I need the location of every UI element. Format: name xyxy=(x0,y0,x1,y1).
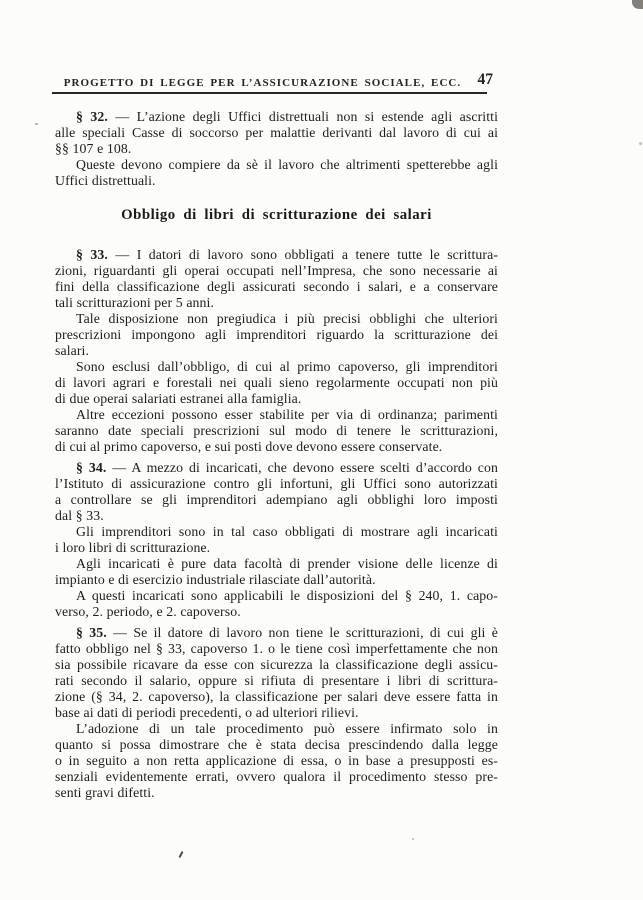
paragraph: Agli incaricati è pure data facoltà di p… xyxy=(55,556,498,588)
paragraph: Gli imprenditori sono in tal caso obblig… xyxy=(55,524,498,556)
section-number: § 32. xyxy=(76,109,108,124)
text-line: senti gravi difetti. xyxy=(55,785,498,801)
paragraph: Queste devono compiere da sè il lavoro c… xyxy=(55,157,498,189)
paragraph: § 33. — I datori di lavoro sono obbligat… xyxy=(55,247,498,311)
section-34: § 34. — A mezzo di incaricati, che devon… xyxy=(55,460,498,620)
text-line: sia possibile ricavare da esse con sicur… xyxy=(55,657,498,673)
paragraph: § 34. — A mezzo di incaricati, che devon… xyxy=(55,460,498,524)
paragraph: Tale disposizione non pregiudica i più p… xyxy=(55,311,498,359)
text-line: quanto si possa dimostrare che è stata d… xyxy=(55,737,498,753)
text-line: verso, 2. periodo, e 2. capoverso. xyxy=(55,604,498,620)
text-line: Gli imprenditori sono in tal caso obblig… xyxy=(55,524,498,540)
text-line: impianto e di esercizio industriale rila… xyxy=(55,572,498,588)
section-32: § 32. — L’azione degli Uffici distrettua… xyxy=(55,109,498,189)
text-line: § 33. — I datori di lavoro sono obbligat… xyxy=(55,247,498,263)
text-line: Tale disposizione non pregiudica i più p… xyxy=(55,311,498,327)
text-line: zione (§ 34, 2. capoverso), la classific… xyxy=(55,689,498,705)
text-line: fatto obbligo nel § 33, capoverso 1. o l… xyxy=(55,641,498,657)
text-line: fini della classificazione degli assicur… xyxy=(55,279,498,295)
text-line: o in seguito a non retta applicazione di… xyxy=(55,753,498,769)
text-line: senziali evidentemente errati, ovvero qu… xyxy=(55,769,498,785)
scan-speck-slash xyxy=(178,851,183,858)
text-line: l’Istituto di assicurazione contro gli i… xyxy=(55,476,498,492)
text-line: di cui al primo capoverso, e sui posti d… xyxy=(55,439,498,455)
text-line: Agli incaricati è pure data facoltà di p… xyxy=(55,556,498,572)
text-line: prescrizioni impongono agli imprenditori… xyxy=(55,327,498,343)
text-line: Sono esclusi dall’obbligo, di cui al pri… xyxy=(55,359,498,375)
scan-speck xyxy=(412,838,414,840)
section-number: § 35. xyxy=(76,625,107,640)
document-body: § 32. — L’azione degli Uffici distrettua… xyxy=(55,0,498,801)
running-header: PROGETTO DI LEGGE PER L’ASSICURAZIONE SO… xyxy=(55,74,498,96)
text-line: rati secondo il salario, oppure si rifiu… xyxy=(55,673,498,689)
page-number: 47 xyxy=(478,71,494,89)
text-line: L’adozione di un tale procedimento può e… xyxy=(55,721,498,737)
text-line: dal § 33. xyxy=(55,508,498,524)
scan-speck xyxy=(35,123,38,125)
section-number: § 34. xyxy=(76,460,106,475)
text-line: tali scritturazioni per 5 anni. xyxy=(55,295,498,311)
paragraph: Altre eccezioni possono esser stabilite … xyxy=(55,407,498,455)
text-line: salari. xyxy=(55,343,498,359)
section-heading: Obbligo di libri di scritturazione dei s… xyxy=(55,206,498,224)
text-line: i loro libri di scritturazione. xyxy=(55,540,498,556)
text-line: § 35. — Se il datore di lavoro non tiene… xyxy=(55,625,498,641)
paragraph: A questi incaricati sono applicabili le … xyxy=(55,588,498,620)
scan-smudge-corner xyxy=(632,0,643,9)
text-line: alle speciali Casse di soccorso per mala… xyxy=(55,125,498,141)
text-line: Queste devono compiere da sè il lavoro c… xyxy=(55,157,498,173)
page-header-title: PROGETTO DI LEGGE PER L’ASSICURAZIONE SO… xyxy=(55,77,470,89)
section-35: § 35. — Se il datore di lavoro non tiene… xyxy=(55,625,498,801)
text-line: Uffici distrettuali. xyxy=(55,173,498,189)
text-line: di due operai salariati estranei alla fa… xyxy=(55,391,498,407)
paragraph: Sono esclusi dall’obbligo, di cui al pri… xyxy=(55,359,498,407)
text-line: § 32. — L’azione degli Uffici distrettua… xyxy=(55,109,498,125)
scan-speck xyxy=(639,142,642,145)
text-line: a controllare se gli imprenditori adempi… xyxy=(55,492,498,508)
text-line: § 34. — A mezzo di incaricati, che devon… xyxy=(55,460,498,476)
paragraph: § 35. — Se il datore di lavoro non tiene… xyxy=(55,625,498,721)
document-page: PROGETTO DI LEGGE PER L’ASSICURAZIONE SO… xyxy=(0,0,643,900)
paragraph: L’adozione di un tale procedimento può e… xyxy=(55,721,498,801)
text-column: PROGETTO DI LEGGE PER L’ASSICURAZIONE SO… xyxy=(55,0,498,801)
text-line: zioni, riguardanti gli operai occupati n… xyxy=(55,263,498,279)
header-rule xyxy=(52,92,487,94)
section-number: § 33. xyxy=(76,247,108,262)
section-33: § 33. — I datori di lavoro sono obbligat… xyxy=(55,247,498,455)
text-line: di lavori agrari e forestali nei quali s… xyxy=(55,375,498,391)
paragraph: § 32. — L’azione degli Uffici distrettua… xyxy=(55,109,498,157)
text-line: base ai dati di periodi precedenti, o ad… xyxy=(55,705,498,721)
text-line: Altre eccezioni possono esser stabilite … xyxy=(55,407,498,423)
text-line: saranno date speciali prescrizioni sul m… xyxy=(55,423,498,439)
text-line: A questi incaricati sono applicabili le … xyxy=(55,588,498,604)
text-line: §§ 107 e 108. xyxy=(55,141,498,157)
